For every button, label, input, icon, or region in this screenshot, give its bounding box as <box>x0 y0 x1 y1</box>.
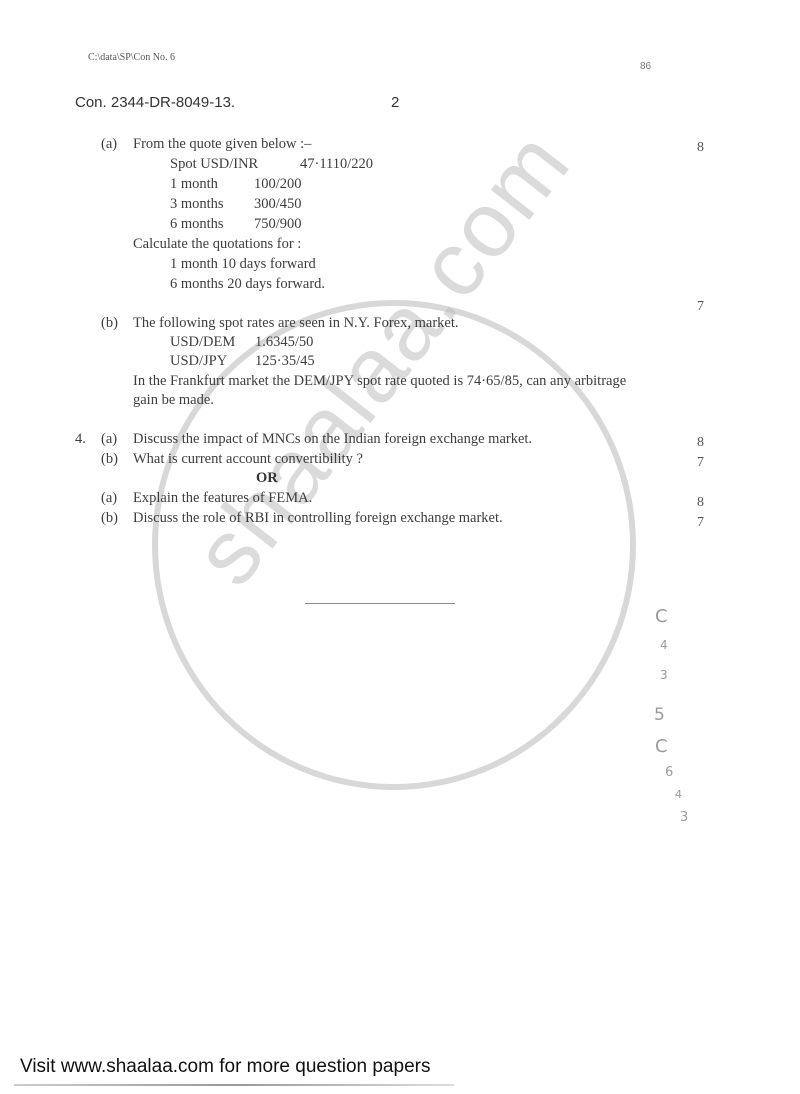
rate-pair: USD/JPY <box>170 353 227 370</box>
handwritten-mark: 6 <box>665 765 673 780</box>
rate-pair: USD/DEM <box>170 334 235 351</box>
marks: 8 <box>697 495 704 511</box>
forward-points: 750/900 <box>254 216 302 233</box>
handwritten-mark: 3 <box>680 810 688 825</box>
forward-period: 1 month <box>170 176 218 193</box>
forward-points: 100/200 <box>254 176 302 193</box>
spot-value: 47·1110/220 <box>300 156 373 173</box>
footer-underline <box>14 1084 454 1086</box>
question-text: What is current account convertibility ? <box>133 451 363 468</box>
spot-label: Spot USD/INR <box>170 156 258 173</box>
rate-value: 125·35/45 <box>255 353 315 370</box>
question-text: Discuss the role of RBI in controlling f… <box>133 510 503 527</box>
forward-period: 6 months <box>170 216 224 233</box>
marks: 8 <box>697 140 704 156</box>
rate-value: 1.6345/50 <box>255 334 313 351</box>
marks: 7 <box>697 299 704 315</box>
marks: 8 <box>697 435 704 451</box>
handwritten-mark: 4 <box>675 788 682 801</box>
question-label: (b) <box>101 315 118 332</box>
calc-item: 1 month 10 days forward <box>170 256 316 273</box>
handwritten-mark: 3 <box>660 668 668 682</box>
question-text: gain be made. <box>133 392 214 409</box>
question-text: The following spot rates are seen in N.Y… <box>133 315 459 332</box>
question-label: (a) <box>101 136 117 153</box>
or-separator: OR <box>256 470 278 487</box>
page-number: 2 <box>391 94 399 111</box>
forward-period: 3 months <box>170 196 224 213</box>
question-label: (b) <box>101 451 118 468</box>
marks: 7 <box>697 455 704 471</box>
question-text: In the Frankfurt market the DEM/JPY spot… <box>133 373 626 390</box>
calc-intro: Calculate the quotations for : <box>133 236 301 253</box>
page-code: 86 <box>640 61 651 72</box>
forward-points: 300/450 <box>254 196 302 213</box>
footer-promo-text: Visit www.shaalaa.com for more question … <box>20 1056 430 1078</box>
handwritten-mark: C <box>655 736 668 757</box>
question-number: 4. <box>75 431 86 448</box>
end-divider <box>305 603 455 604</box>
watermark-text: shaalaa.com <box>174 112 591 605</box>
handwritten-mark: 5 <box>654 705 665 725</box>
marks: 7 <box>697 515 704 531</box>
calc-item: 6 months 20 days forward. <box>170 276 325 293</box>
question-text: Explain the features of FEMA. <box>133 490 312 507</box>
handwritten-mark: 4 <box>660 638 668 652</box>
paper-code: Con. 2344-DR-8049-13. <box>75 94 235 111</box>
question-label: (a) <box>101 490 117 507</box>
file-path-label: C:\data\SP\Con No. 6 <box>88 52 175 63</box>
handwritten-mark: C <box>655 606 668 627</box>
question-label: (a) <box>101 431 117 448</box>
question-text: Discuss the impact of MNCs on the Indian… <box>133 431 532 448</box>
question-text: From the quote given below :– <box>133 136 311 153</box>
question-label: (b) <box>101 510 118 527</box>
